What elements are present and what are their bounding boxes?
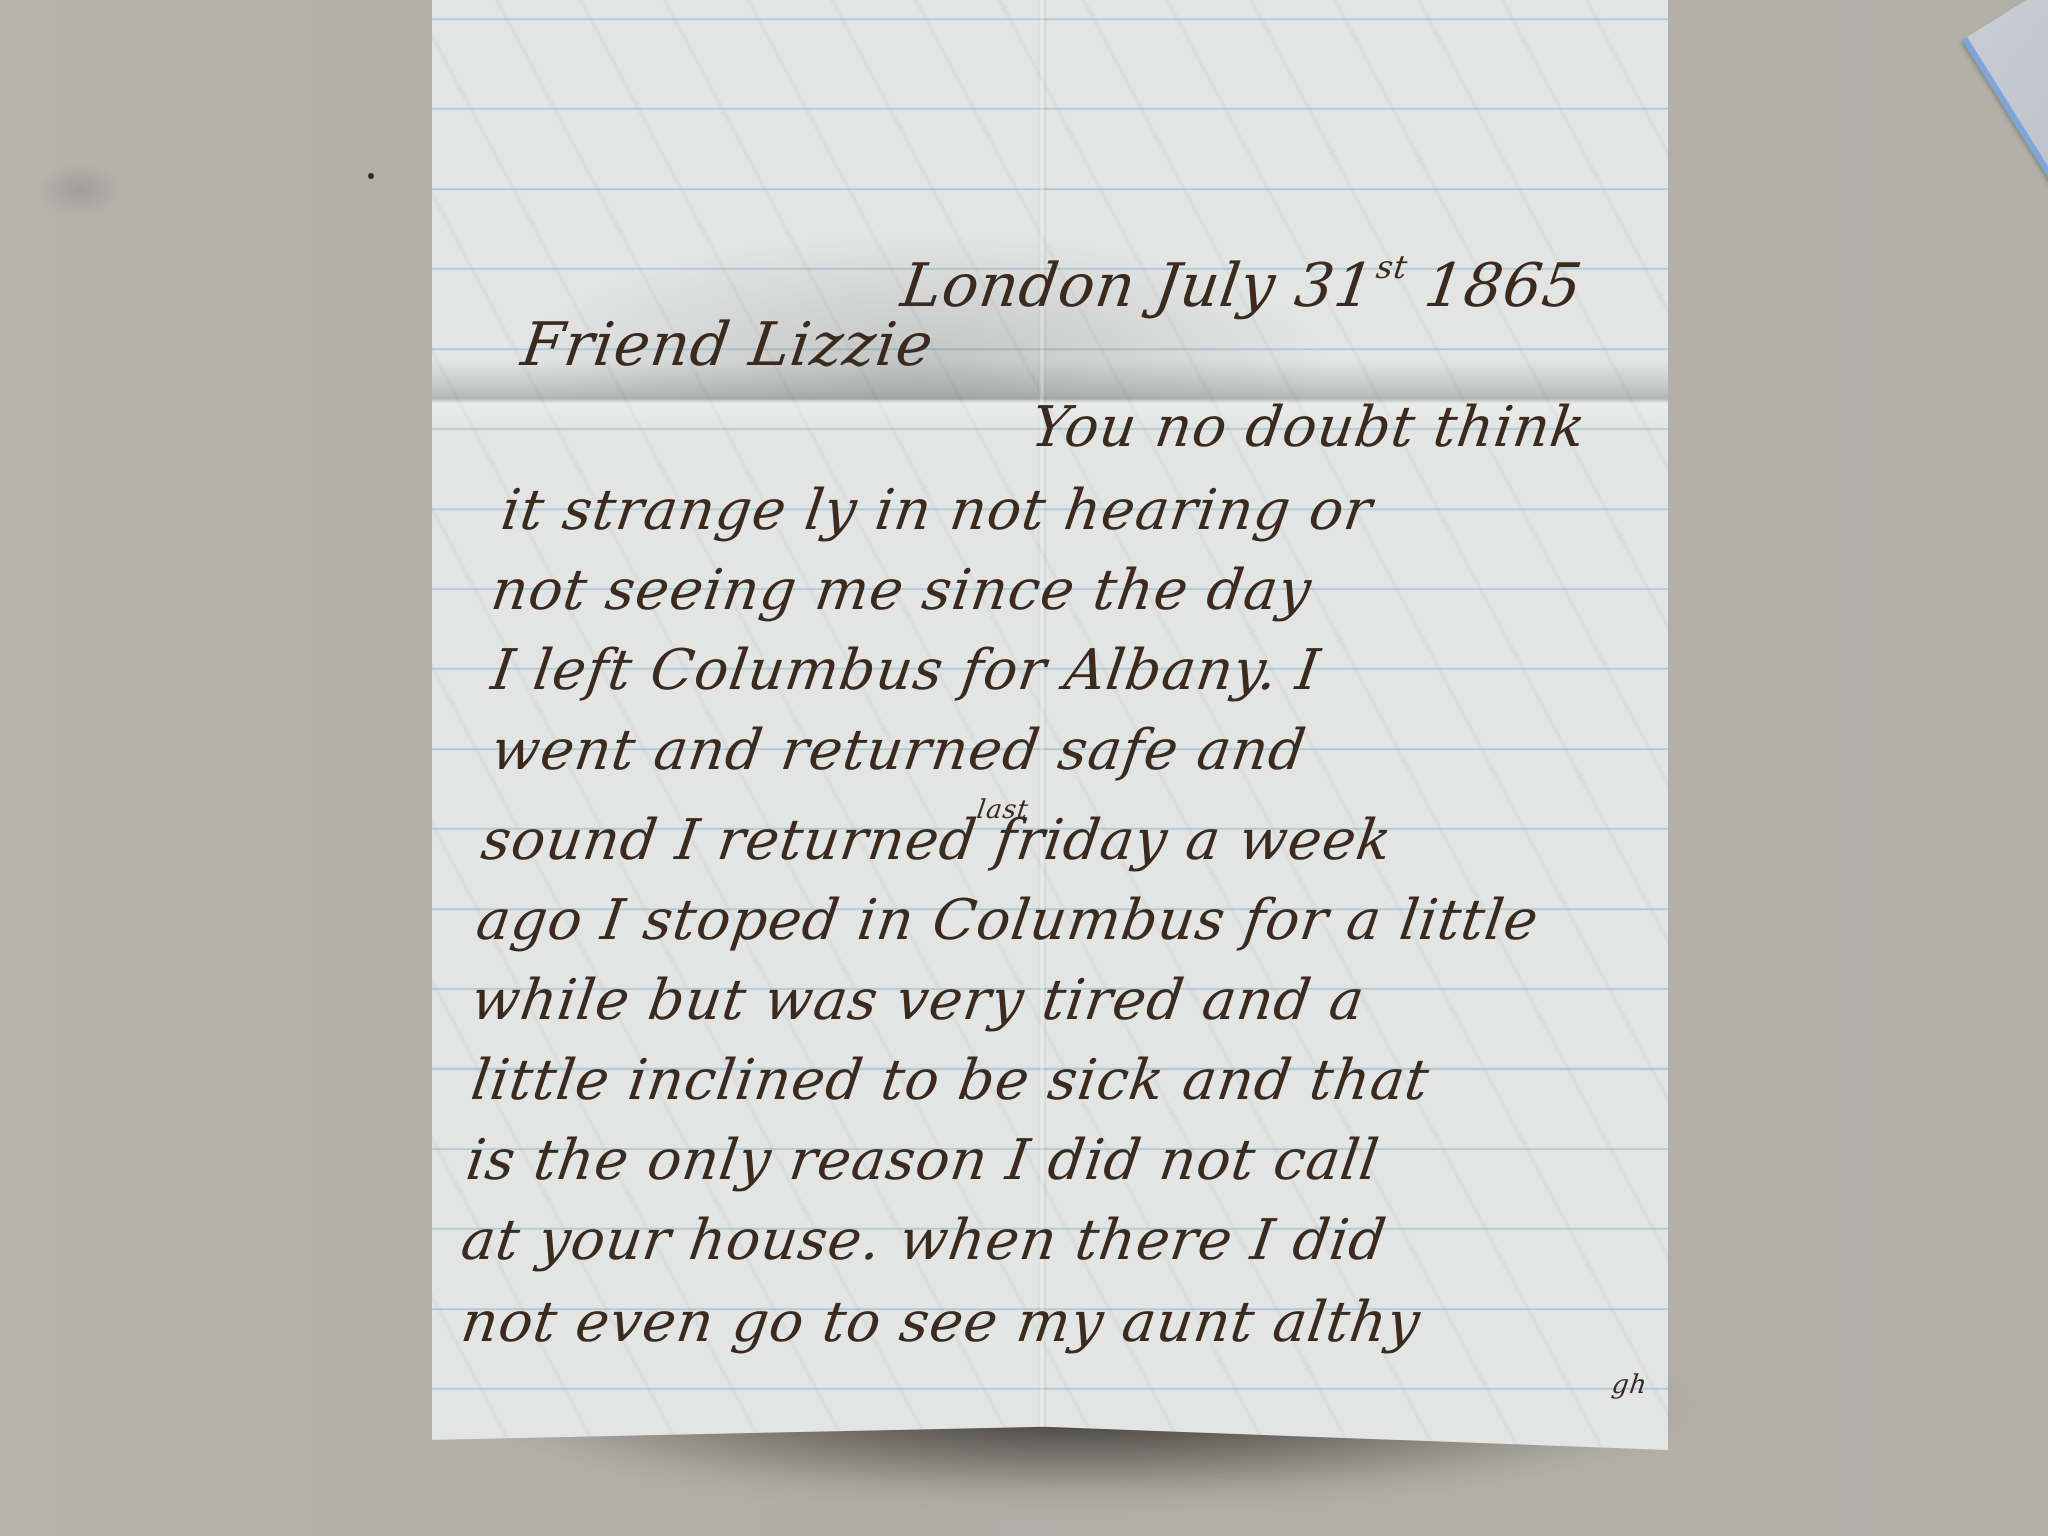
catchword: gh <box>1610 1370 1650 1400</box>
date: July 31 <box>1151 251 1379 321</box>
body-line-8: while but was very tired and a <box>467 968 1368 1033</box>
body-line-11: at your house. when there I did <box>457 1208 1390 1273</box>
body-line-4: I left Columbus for Albany. I <box>487 638 1324 703</box>
body-line-3: not seeing me since the day <box>487 558 1315 623</box>
photo-scene: London July 31st 1865 Friend Lizzie You … <box>0 0 2048 1536</box>
body-line-7: ago I stoped in Columbus for a little <box>472 888 1542 953</box>
background-speck <box>368 173 374 179</box>
envelope-corner <box>1962 0 2048 210</box>
body-line-1: You no doubt think <box>1027 395 1590 460</box>
salutation: Friend Lizzie <box>517 310 938 380</box>
body-line-2: it strange ly in not hearing or <box>497 478 1376 543</box>
year: 1865 <box>1420 251 1587 321</box>
letter-paper: London July 31st 1865 Friend Lizzie You … <box>432 0 1668 1450</box>
body-line-5: went and returned safe and <box>487 718 1310 783</box>
date-suffix: st <box>1374 248 1411 286</box>
body-line-10: is the only reason I did not call <box>462 1128 1383 1193</box>
body-line-6: sound I returned friday a week <box>477 808 1396 873</box>
body-line-12: not even go to see my aunt althy <box>457 1290 1424 1355</box>
body-line-9: little inclined to be sick and that <box>467 1048 1433 1113</box>
dateline: London July 31st 1865 <box>897 248 1587 321</box>
